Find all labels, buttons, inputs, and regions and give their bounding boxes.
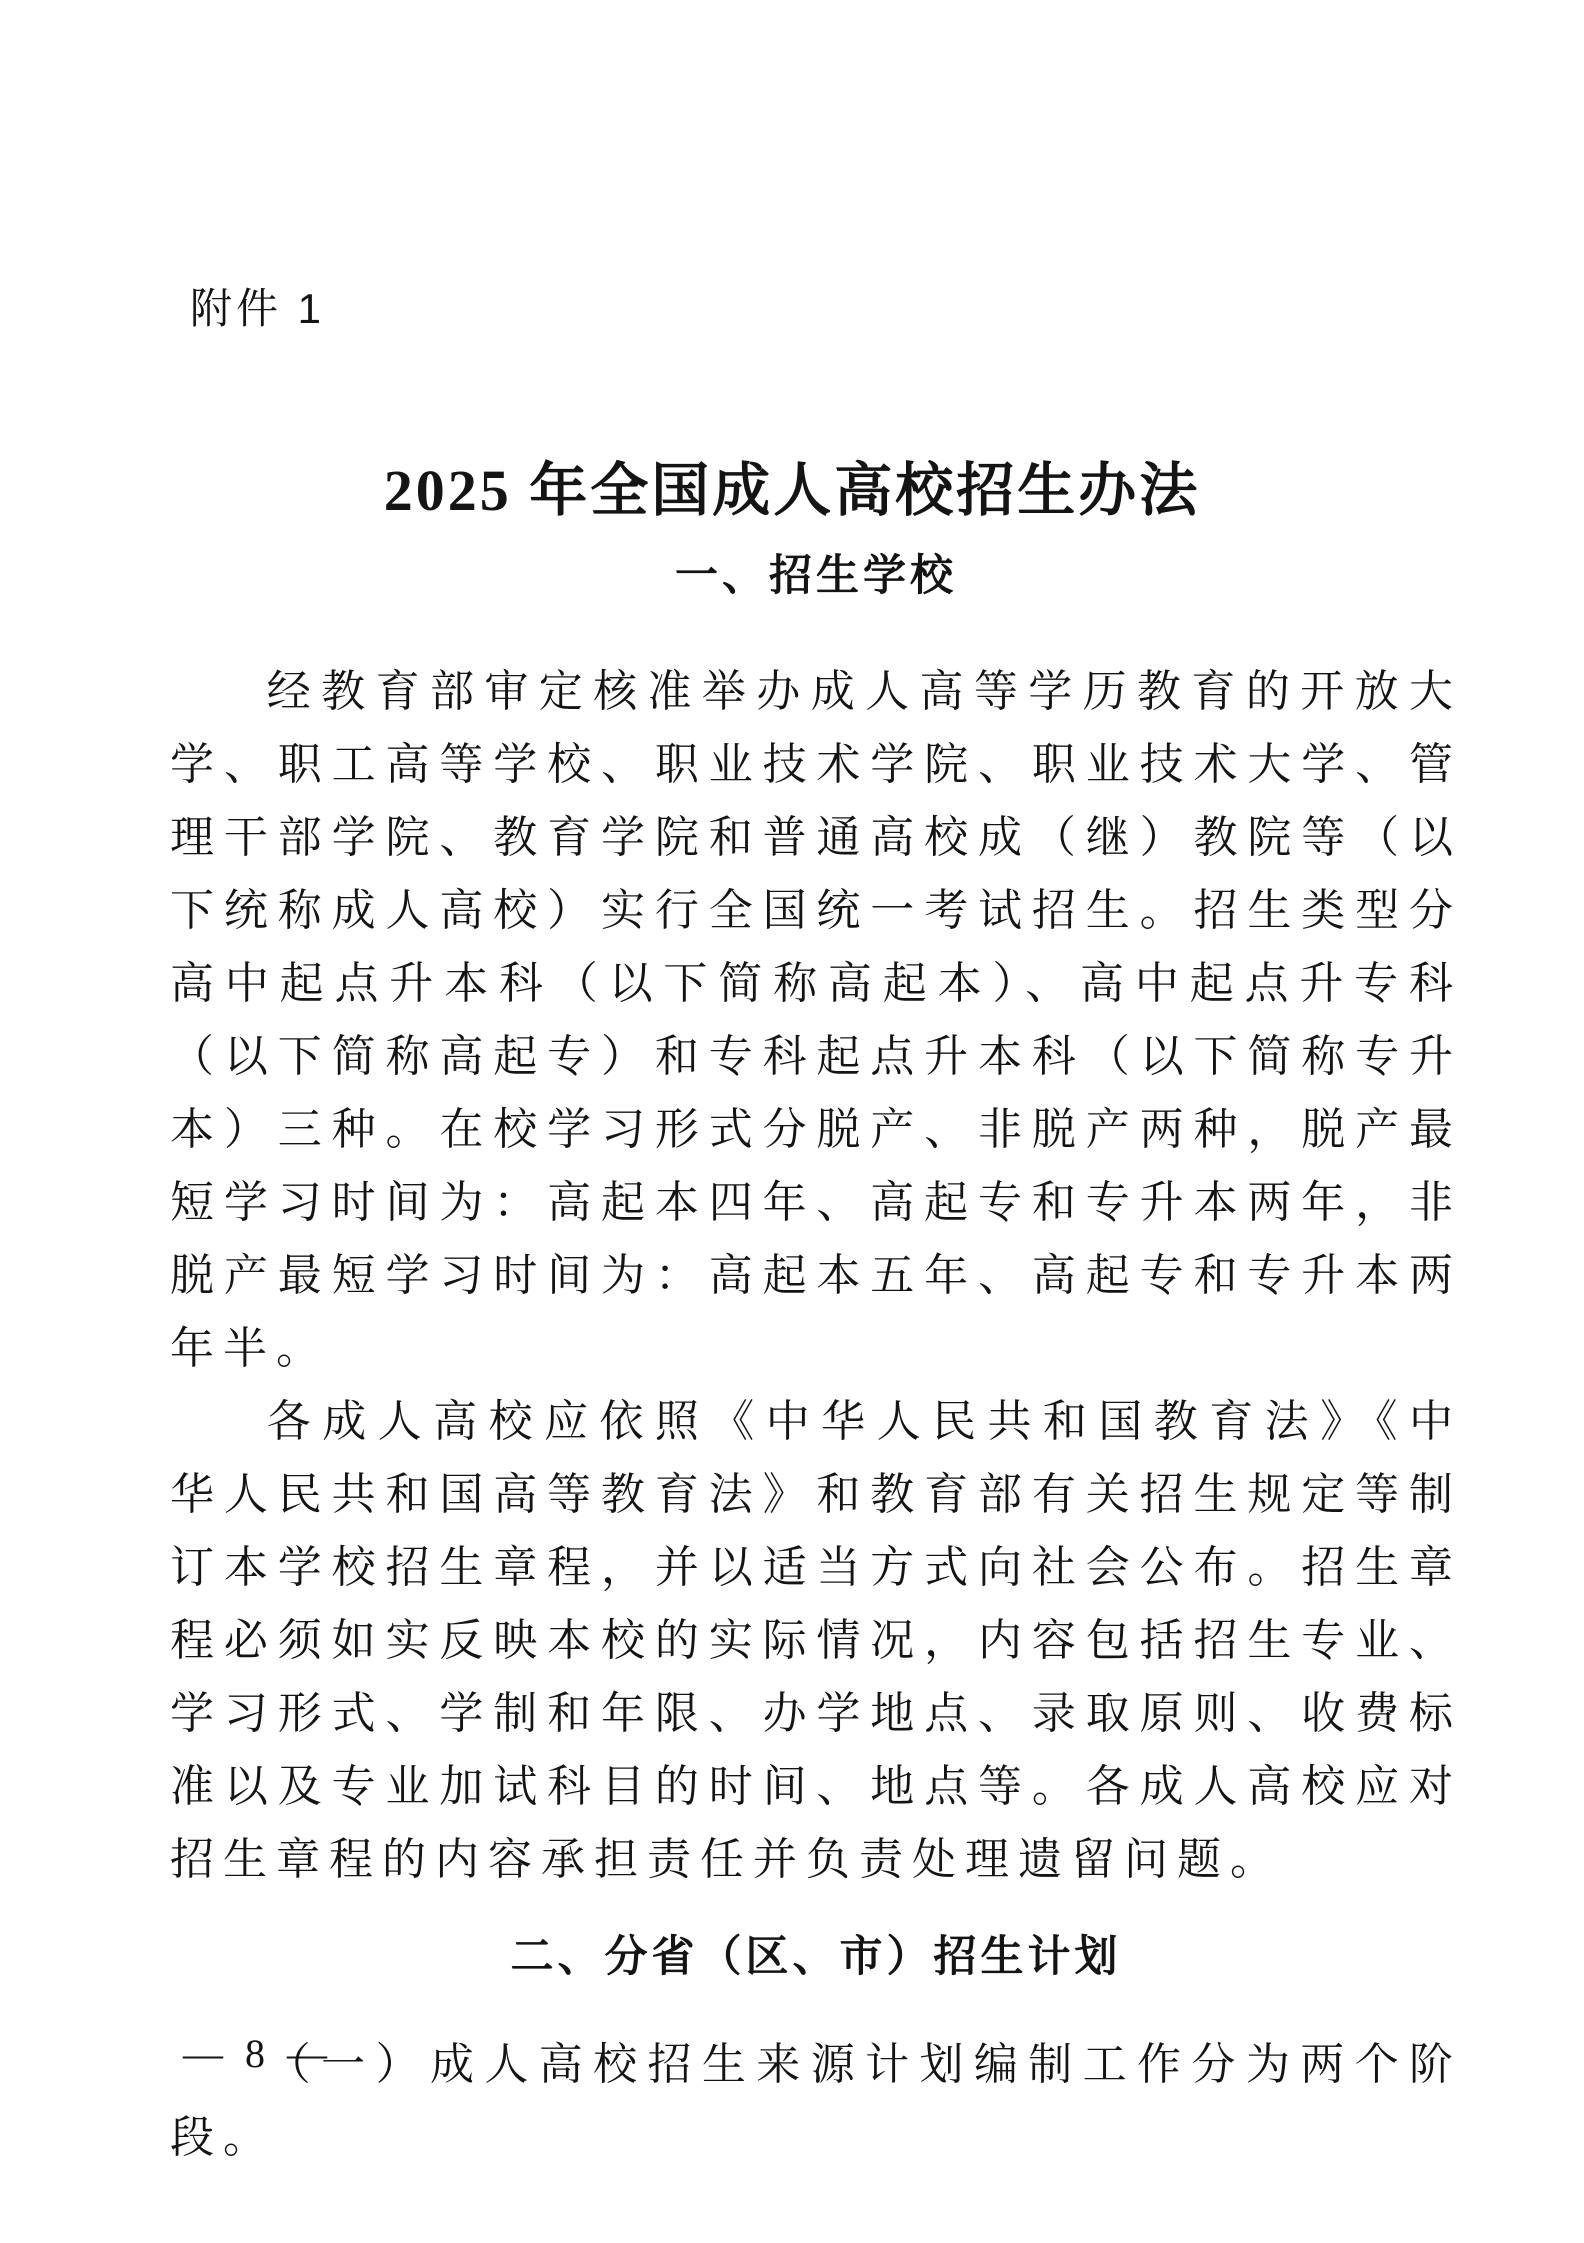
document-title: 2025 年全国成人高校招生办法 bbox=[0, 443, 1584, 527]
paragraph-provincial-plan-1: （一）成人高校招生来源计划编制工作分为两个阶段。 bbox=[170, 2028, 1462, 2174]
attachment-label: 附件 1 bbox=[190, 276, 325, 336]
paragraph-enrollment-schools-2: 各成人高校应依照《中华人民共和国教育法》《中华人民共和国高等教育法》和教育部有关… bbox=[170, 1385, 1462, 1896]
document-page: 附件 1 2025 年全国成人高校招生办法 一、招生学校 经教育部审定核准举办成… bbox=[0, 0, 1584, 2243]
document-body: 一、招生学校 经教育部审定核准举办成人高等学历教育的开放大学、职工高等学校、职业… bbox=[170, 545, 1462, 2174]
section-heading-2: 二、分省（区、市）招生计划 bbox=[170, 1926, 1462, 1988]
section-heading-1: 一、招生学校 bbox=[170, 545, 1462, 607]
page-number: — 8 — bbox=[183, 2030, 333, 2077]
paragraph-enrollment-schools-1: 经教育部审定核准举办成人高等学历教育的开放大学、职工高等学校、职业技术学院、职业… bbox=[170, 655, 1462, 1385]
